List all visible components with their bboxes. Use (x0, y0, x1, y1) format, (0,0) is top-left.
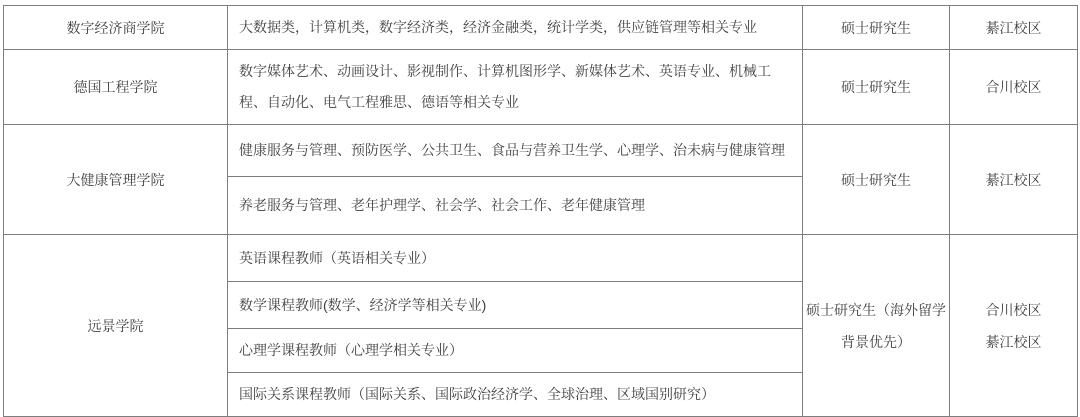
majors-cell: 英语课程教师（英语相关专业） (228, 235, 803, 282)
campus-cell: 綦江校区 (950, 125, 1078, 235)
campus-cell: 合川校区 (950, 50, 1078, 125)
campus-line: 綦江校区 (951, 326, 1076, 358)
campus-line: 合川校区 (951, 294, 1076, 326)
campus-cell: 合川校区 綦江校区 (950, 235, 1078, 417)
college-name: 数字经济商学院 (4, 6, 228, 50)
degree-cell: 硕士研究生 (803, 6, 950, 50)
campus-cell: 綦江校区 (950, 6, 1078, 50)
college-name: 远景学院 (4, 235, 228, 417)
majors-cell: 大数据类，计算机类，数字经济类，经济金融类，统计学类，供应链管理等相关专业 (228, 6, 803, 50)
recruitment-table: 数字经济商学院 大数据类，计算机类，数字经济类，经济金融类，统计学类，供应链管理… (3, 5, 1078, 417)
majors-cell: 养老服务与管理、老年护理学、社会学、社会工作、老年健康管理 (228, 177, 803, 235)
degree-line: 硕士研究生（海外留学 (804, 294, 948, 326)
majors-cell: 心理学课程教师（心理学相关专业） (228, 329, 803, 373)
table-row: 大健康管理学院 健康服务与管理、预防医学、公共卫生、食品与营养卫生学、心理学、治… (4, 125, 1078, 177)
majors-cell: 数字媒体艺术、动画设计、影视制作、计算机图形学、新媒体艺术、英语专业、机械工程、… (228, 50, 803, 125)
table-row: 远景学院 英语课程教师（英语相关专业） 硕士研究生（海外留学 背景优先） 合川校… (4, 235, 1078, 282)
majors-cell: 数学课程教师(数学、经济学等相关专业) (228, 282, 803, 329)
table-row: 数字经济商学院 大数据类，计算机类，数字经济类，经济金融类，统计学类，供应链管理… (4, 6, 1078, 50)
majors-cell: 健康服务与管理、预防医学、公共卫生、食品与营养卫生学、心理学、治未病与健康管理 (228, 125, 803, 177)
degree-cell: 硕士研究生 (803, 50, 950, 125)
degree-cell: 硕士研究生（海外留学 背景优先） (803, 235, 950, 417)
table-row: 德国工程学院 数字媒体艺术、动画设计、影视制作、计算机图形学、新媒体艺术、英语专… (4, 50, 1078, 125)
degree-cell: 硕士研究生 (803, 125, 950, 235)
degree-line: 背景优先） (804, 326, 948, 358)
college-name: 德国工程学院 (4, 50, 228, 125)
page: 数字经济商学院 大数据类，计算机类，数字经济类，经济金融类，统计学类，供应链管理… (0, 0, 1080, 415)
college-name: 大健康管理学院 (4, 125, 228, 235)
majors-cell: 国际关系课程教师（国际关系、国际政治经济学、全球治理、区域国别研究） (228, 373, 803, 417)
